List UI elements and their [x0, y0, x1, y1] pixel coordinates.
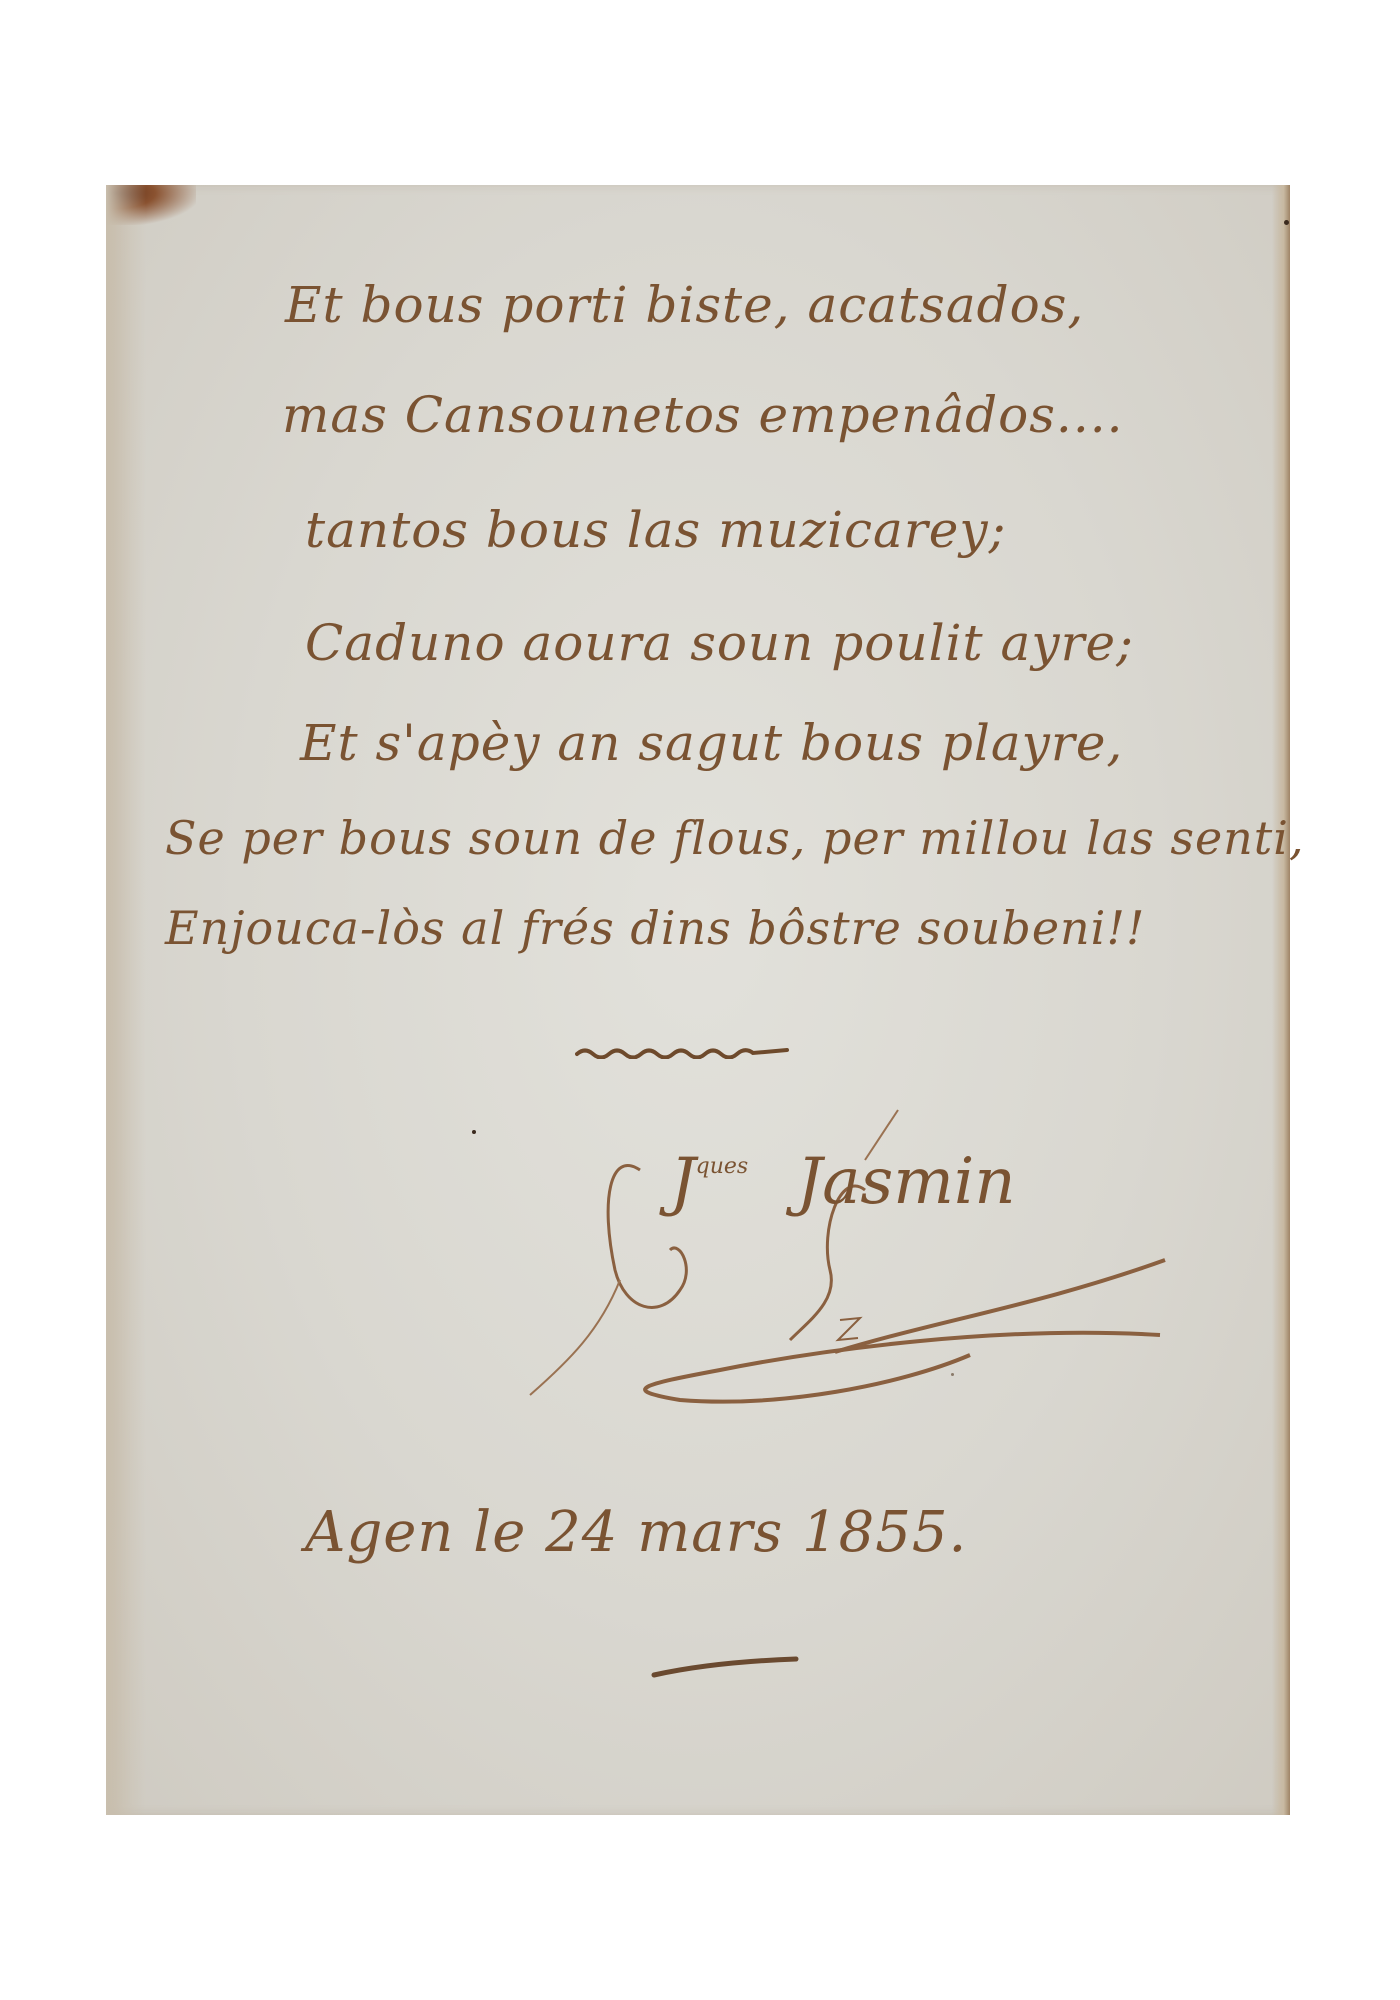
signature-surname: Jasmin: [797, 1145, 1016, 1219]
verse-line-3: tantos bous las muzicarey;: [305, 505, 1006, 555]
signature: Jques Jasmin: [520, 1090, 1200, 1420]
verse-line-2: mas Cansounetos empenâdos....: [282, 390, 1124, 440]
verse-line-4: Caduno aoura soun poulit ayre;: [305, 618, 1134, 668]
verse-line-1: Et bous porti biste, acatsados,: [285, 280, 1084, 330]
paper-speck: [472, 1130, 476, 1134]
wavy-divider: [575, 1045, 790, 1059]
verse-line-6: Se per bous soun de flous, per millou la…: [165, 815, 1305, 861]
signature-superscript: ques: [696, 1154, 749, 1179]
signature-flourish: [520, 1090, 1200, 1420]
verse-line-7: Enjouca-lòs al frés dins bôstre soubeni!…: [165, 905, 1145, 951]
closing-divider: [650, 1655, 800, 1679]
paper-speck: [1284, 220, 1289, 225]
page-edge-right: [1272, 185, 1290, 1815]
signature-initial: J: [670, 1145, 696, 1219]
signature-name: Jques Jasmin: [670, 1145, 1016, 1219]
page-edge-left: [106, 185, 146, 1815]
verse-line-5: Et s'apèy an sagut bous playre,: [300, 718, 1123, 768]
dateline: Agen le 24 mars 1855.: [305, 1500, 967, 1565]
